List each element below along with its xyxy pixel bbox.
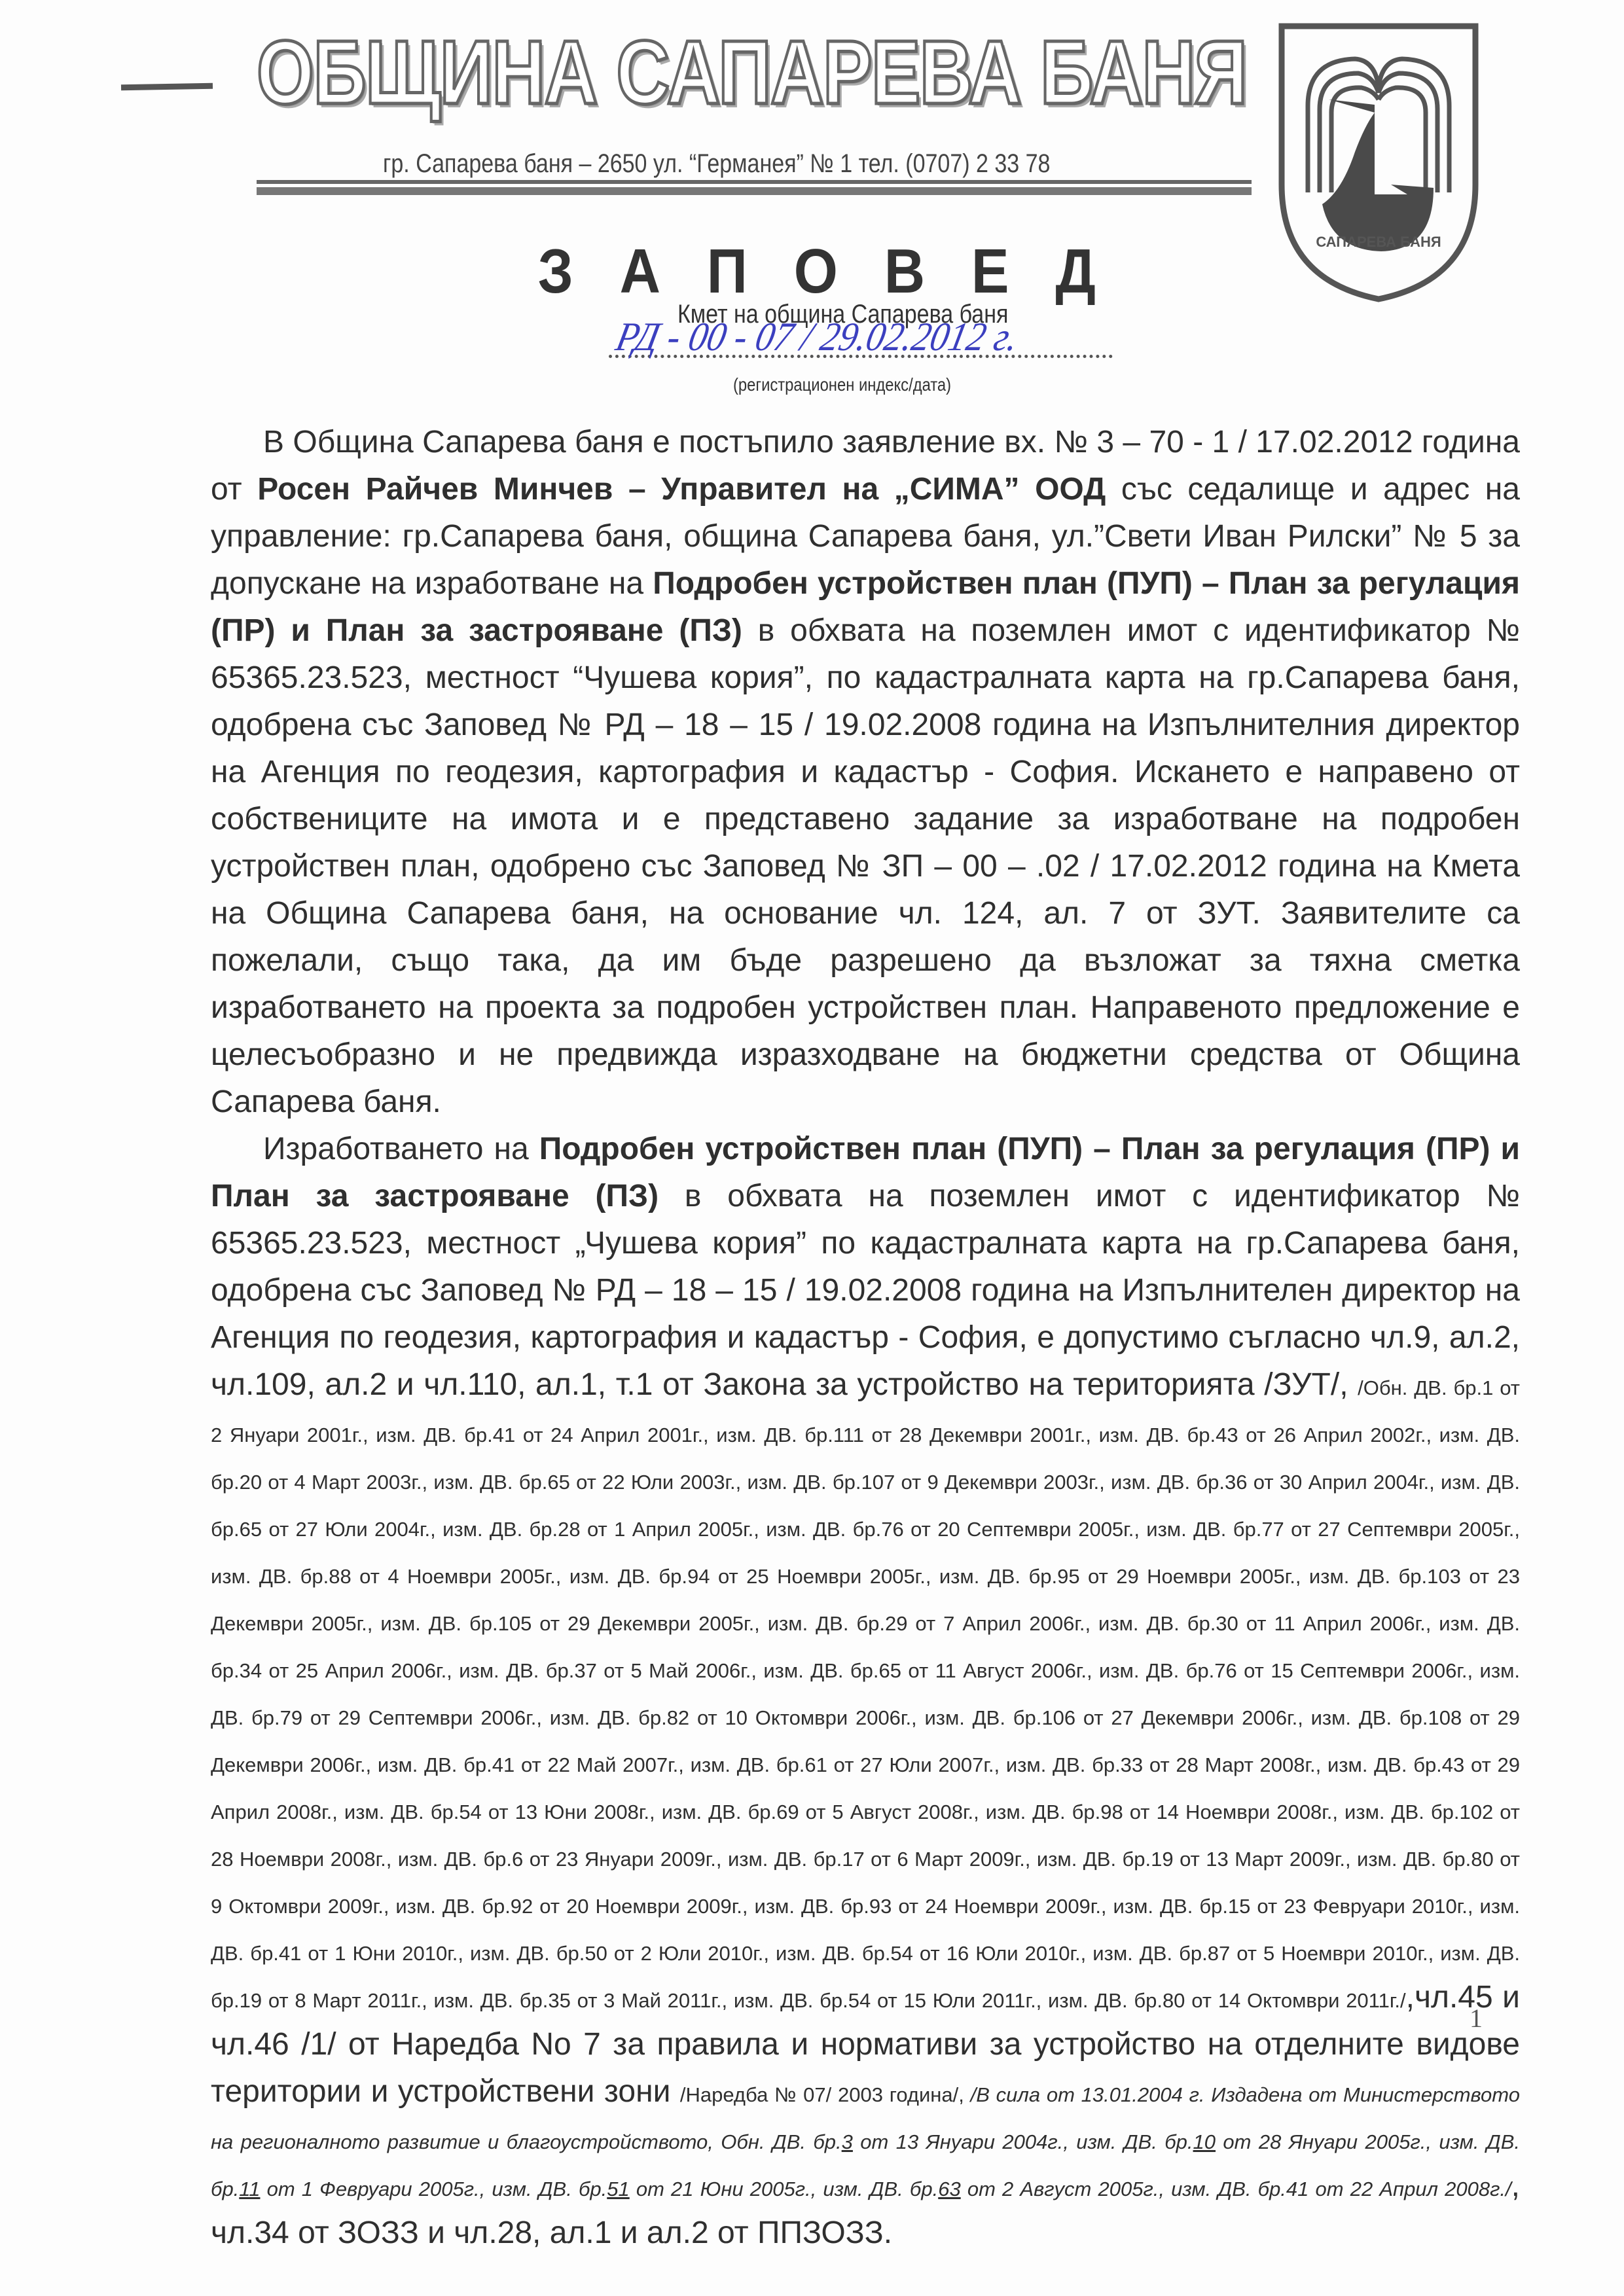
page-number: 1 (1470, 2003, 1483, 2034)
p1-text-3: в обхвата на поземлен имот с идентификат… (211, 613, 1520, 1119)
document-page: ОБЩИНА САПАРЕВА БАНЯ гр. Сапарева баня –… (0, 0, 1624, 2296)
order-body: В Община Сапарева баня е постъпило заявл… (211, 419, 1520, 2257)
letterhead-dash (121, 83, 213, 90)
naredba-amendments-4: от 1 Февруари 2005г., изм. ДВ. бр. (260, 2178, 607, 2200)
municipality-address: гр. Сапарева баня – 2650 ул. “Германея” … (383, 149, 1050, 179)
order-title: З А П О В Е Д (82, 236, 1555, 308)
naredba-reference: /Наредба № 07/ 2003 година/, (680, 2083, 971, 2106)
registration-caption: (регистрационен индекс/дата) (733, 374, 951, 395)
naredba-issue-51: 51 (607, 2178, 629, 2200)
naredba-issue-11: 11 (239, 2178, 260, 2200)
naredba-amendments-6: от 2 Август 2005г., изм. ДВ. бр.41 от 22… (961, 2178, 1511, 2200)
applicant-name: Росен Райчев Минчев – Управител на „СИМА… (257, 472, 1106, 507)
letterhead-rule-thin (257, 180, 1252, 184)
paragraph-application: В Община Сапарева баня е постъпило заявл… (211, 419, 1520, 1126)
naredba-amendments-5: от 21 Юни 2005г., изм. ДВ. бр. (630, 2178, 939, 2200)
letterhead-rule-thick (257, 187, 1252, 195)
municipality-title: ОБЩИНА САПАРЕВА БАНЯ (257, 27, 1246, 118)
registration-handwritten: РД - 00 - 07 / 29.02.2012 г. (612, 314, 1022, 361)
naredba-issue-3: 3 (842, 2130, 853, 2153)
p2-text-1: Изработването на (263, 1132, 539, 1166)
naredba-issue-63: 63 (938, 2178, 960, 2200)
zut-amendments-list: /Обн. ДВ. бр.1 от 2 Януари 2001г., изм. … (211, 1376, 1520, 2012)
naredba-amendments-2: от 13 Януари 2004г., изм. ДВ. бр. (853, 2130, 1193, 2153)
paragraph-legal-basis: Изработването на Подробен устройствен пл… (211, 1126, 1520, 2257)
naredba-issue-10: 10 (1193, 2130, 1216, 2153)
